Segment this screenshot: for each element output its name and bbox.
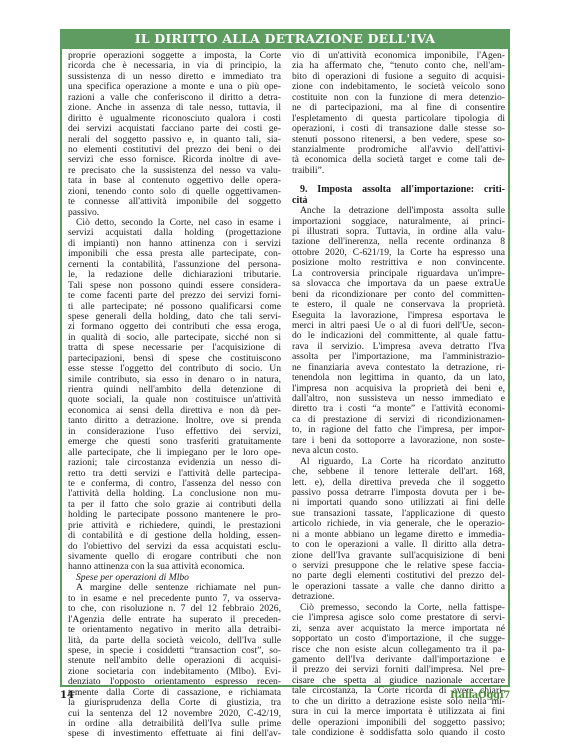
right-column: vio di un'attività economica imponibile,… [292, 51, 505, 738]
text-line: tare i beni da sottoporre a lavorazione,… [292, 436, 505, 446]
text-line: delle operazioni imponibili del soggetto… [292, 718, 505, 728]
text-line: stenute nell'ambito delle operazioni di … [68, 656, 281, 666]
text-line: sa slovacca che importava da un paese ex… [292, 279, 505, 289]
text-line: ta per il fatto che solo grazie ai contr… [68, 500, 281, 510]
text-line: gamento dell'Iva derivante dall'importaz… [292, 655, 505, 665]
text-line: ottobre 2020, C-621/19, la Corte ha espr… [292, 248, 505, 258]
text-line: traibili”. [292, 166, 505, 176]
paragraph-start: Al riguardo, La Corte ha ricordato anzit… [292, 457, 505, 467]
text-line: l'Agenzia delle entrate ha superato il p… [68, 615, 281, 625]
text-line: ti alle partecipate; né possono qualific… [68, 302, 281, 312]
text-line: operazioni, i costi di transazione dalle… [292, 124, 505, 134]
text-line: tata in base al contenuto oggettivo dell… [68, 176, 281, 186]
text-line: sura in cui la merce importata è utilizz… [292, 707, 505, 717]
text-line: do le indicazioni del committente, al qu… [292, 331, 505, 341]
text-line: no parte degli elementi costitutivi del … [292, 571, 505, 581]
text-line: prie attività e richiedere, quindi, le p… [68, 521, 281, 531]
text-line: cui la sentenza del 12 novembre 2020, C-… [68, 709, 281, 719]
text-line: tanto diritto a detrazione. Inoltre, ove… [68, 416, 281, 426]
text-line: do l'obiettivo del servizi da essa acqui… [68, 542, 281, 552]
text-line: in ordine alla detraibilità dell'Iva sul… [68, 719, 281, 729]
text-line: tà economica della società target e come… [292, 155, 505, 165]
text-line: alle partecipate, che li impiegano per l… [68, 448, 281, 458]
left-column: proprie operazioni soggette a imposta, l… [68, 51, 281, 740]
text-line: La controversia principale riguardava un… [292, 269, 505, 279]
text-line: che, sebbene il tenore letterale dell'ar… [292, 467, 505, 477]
text-line: holding le partecipate possono mantenere… [68, 510, 281, 520]
text-line: zione dell'Iva gravante sull'acquisizion… [292, 551, 505, 561]
text-line: rava il servizio. L'impresa aveva detrat… [292, 342, 505, 352]
text-line: rientra quindi nell'ambito della detenzi… [68, 385, 281, 395]
text-line: esse stesse l'oggetto del contributo di … [68, 364, 281, 374]
text-line: te come facenti parte del prezzo dei ser… [68, 291, 281, 301]
text-line: passivo possa detrarre l'imposta dovuta … [292, 488, 505, 498]
text-line: zione con indebitamento, le società veic… [292, 82, 505, 92]
text-line: articolo richiede, in via generale, che … [292, 519, 505, 529]
text-line: simile contributo, sia esso in denaro o … [68, 375, 281, 385]
text-line: re precisato che la sussistenza del ness… [68, 166, 281, 176]
text-line: zia ha affermato che, “tenuto conto che,… [292, 61, 505, 71]
text-line: costituite non con la funzione di mera d… [292, 93, 505, 103]
text-line: stenuti possono ritenersi, a ben vedere,… [292, 135, 505, 145]
section-header: IL DIRITTO ALLA DETRAZIONE DELL'IVA [60, 29, 510, 49]
text-line: assolta per l'importazione, ma l'amminis… [292, 352, 505, 362]
text-line: te connesse all'attività imponibile del … [68, 197, 281, 207]
text-line: tazione dell'inerenza, nella recente ord… [292, 237, 505, 247]
text-line: sopportato un costo d'importazione, il c… [292, 634, 505, 644]
text-line: zioni, tenendo conto solo di quelle ogge… [68, 187, 281, 197]
text-line: lett. e), della direttiva preveda che il… [292, 478, 505, 488]
text-line: tenendola non legittima in quanto, da un… [292, 373, 505, 383]
section-heading: cità [292, 196, 505, 206]
text-line: to in esame e nel precedente punto 7, va… [68, 594, 281, 604]
text-line: merci in altri paesi Ue o al di fuori de… [292, 321, 505, 331]
text-line: zi, senza aver acquistato la merce impor… [292, 624, 505, 634]
text-line: to che, con risoluzione n. 7 del 12 febb… [68, 604, 281, 614]
text-line: sue transazioni tassate, l'applicazione … [292, 509, 505, 519]
text-line: beni da ricondizionare per conto del com… [292, 290, 505, 300]
text-line: di impianti) non hanno attinenza con i s… [68, 239, 281, 249]
text-line: lità, da parte della società veicolo, de… [68, 636, 281, 646]
paragraph-start: A margine delle sentenze richiamate nel … [68, 583, 281, 593]
text-line: posizione molto restrittiva e non convin… [292, 258, 505, 268]
text-line: dall'altro, non sussisteva un nesso imme… [292, 394, 505, 404]
text-line: ricorda che è necessaria, in via di prin… [68, 61, 281, 71]
text-line: zione societaria con indebitamento (Mlbo… [68, 667, 281, 677]
text-line: spese, in specie i cosiddetti “transacti… [68, 646, 281, 656]
text-line: spese di investimento effettuate ai fini… [68, 729, 281, 739]
text-line: partecipazioni, bensì di spese che costi… [68, 354, 281, 364]
text-line: il prezzo dei servizi forniti dall'impre… [292, 665, 505, 675]
text-line: te orientamento negativo in merito alla … [68, 625, 281, 635]
text-line: detrazione. [292, 592, 505, 602]
text-line: servizi che esso fornisce. Ricorda inolt… [68, 155, 281, 165]
text-line: sussistenza di un nesso diretto e immedi… [68, 72, 281, 82]
text-line: temente dalla Corte di cassazione, e ric… [68, 688, 281, 698]
text-line: sivamente quello di erogare contributi c… [68, 552, 281, 562]
text-line: te estero, il quale ne conservava la pro… [292, 300, 505, 310]
text-line: risce che non esiste alcun collegamento … [292, 645, 505, 655]
paragraph-start: Anche la detrazione dell'imposta assolta… [292, 206, 505, 216]
text-line: retto tra detti servizi e l'attività del… [68, 469, 281, 479]
text-line: to con le operazioni a valle. Il diritto… [292, 540, 505, 550]
text-line: importazioni soggiace, naturalmente, ai … [292, 217, 505, 227]
text-line: una specifica operazione a monte e una o… [68, 82, 281, 92]
text-line: economica ai sensi della direttiva e non… [68, 406, 281, 416]
text-line: razioni; tale circostanza evidenzia un n… [68, 458, 281, 468]
text-line: diritto è ugualmente riconosciuto qualor… [68, 114, 281, 124]
text-line: in qualità di socio, alle partecipate, s… [68, 333, 281, 343]
text-line: zione. Anche in assenza di tale nesso, t… [68, 103, 281, 113]
text-line: proprie operazioni soggette a imposta, l… [68, 51, 281, 61]
text-line: dei servizi acquistati facciano parte de… [68, 124, 281, 134]
text-line: ca di prestazione di servizi di ricondiz… [292, 415, 505, 425]
text-line: le, la redazione delle dichiarazioni tri… [68, 270, 281, 280]
paragraph-start: Ciò premesso, secondo la Corte, nella fa… [292, 603, 505, 613]
text-line: bito di operazioni di fusione a seguito … [292, 72, 505, 82]
text-line: quote sociali, la quale non costituisce … [68, 395, 281, 405]
section-gap [292, 176, 505, 185]
text-line: cisare che spetta al giudice nazionale a… [292, 676, 505, 686]
text-line: razioni a valle che conferiscono il diri… [68, 93, 281, 103]
text-line: hanno attinenza con la sua attività econ… [68, 562, 281, 572]
text-line: spese generali della holding, dato che t… [68, 312, 281, 322]
paragraph-start: Ciò detto, secondo la Corte, nel caso in… [68, 218, 281, 228]
text-line: vio di un'attività economica imponibile,… [292, 51, 505, 61]
text-line: pi illustrati sopra. Tuttavia, in ordine… [292, 227, 505, 237]
subheading-mlbo: Spese per operazioni di Mlbo [68, 573, 281, 583]
text-line: di contabilità e di gestione della holdi… [68, 531, 281, 541]
text-line: emerge che questi sono trasferiti gratui… [68, 437, 281, 447]
text-line: to, in ragione del fatto che l'impresa, … [292, 425, 505, 435]
text-line: l'espletamento di questa particolare tip… [292, 114, 505, 124]
text-line: imponibili che essa presta alle partecip… [68, 249, 281, 259]
text-line: ne finanziaria aveva contestato la detra… [292, 363, 505, 373]
text-line: diretto tra i costi “a monte” e l'attivi… [292, 404, 505, 414]
section-heading: 9. Imposta assolta all'importazione: cri… [292, 185, 505, 195]
text-line: o servizi presuppone che le relative spe… [292, 561, 505, 571]
text-line: ne di partecipazioni, ma al fine di cons… [292, 103, 505, 113]
text-line: la giurisprudenza della Corte di giustiz… [68, 698, 281, 708]
text-line: tale condizione è soddisfatta solo quand… [292, 728, 505, 738]
text-line: Eseguita la lavorazione, l'impresa espor… [292, 311, 505, 321]
text-line: cernenti la contabilità, l'assunzione de… [68, 260, 281, 270]
text-line: neva alcun costo. [292, 446, 505, 456]
text-line: denziato l'opposto orientamento espresso… [68, 677, 281, 687]
text-line: passivo. [68, 208, 281, 218]
text-line: l'attività della holding. La conclusione… [68, 489, 281, 499]
text-line: stanzialmente prodromiche all'avvio dell… [292, 145, 505, 155]
text-line: Tali spese non possono quindi essere con… [68, 281, 281, 291]
text-line: cie l'impresa agisce solo come prestator… [292, 613, 505, 623]
page-number: 14 [60, 690, 74, 701]
text-line: ni importati quando sono utilizzati ai f… [292, 498, 505, 508]
text-line: te e conferma, di contro, l'assenza del … [68, 479, 281, 489]
text-line: le operazioni tassate a valle che danno … [292, 582, 505, 592]
text-line: in considerazione l'uso effettivo dei se… [68, 427, 281, 437]
text-line: l'impresa non acquisiva la proprietà dei… [292, 384, 505, 394]
publication-logo: ItaliaOggi7 [450, 690, 510, 701]
text-line: zi formano oggetto dei contributi che es… [68, 322, 281, 332]
text-line: tratta di spese necessarie per l'acquisi… [68, 343, 281, 353]
text-line: ni a monte abbiano un legame diretto e i… [292, 530, 505, 540]
text-line: no elementi costitutivi del prezzo dei b… [68, 145, 281, 155]
text-line: servizi acquistati dalla holding (proget… [68, 228, 281, 238]
text-line: nerali del soggetto passivo e, in quanto… [68, 135, 281, 145]
